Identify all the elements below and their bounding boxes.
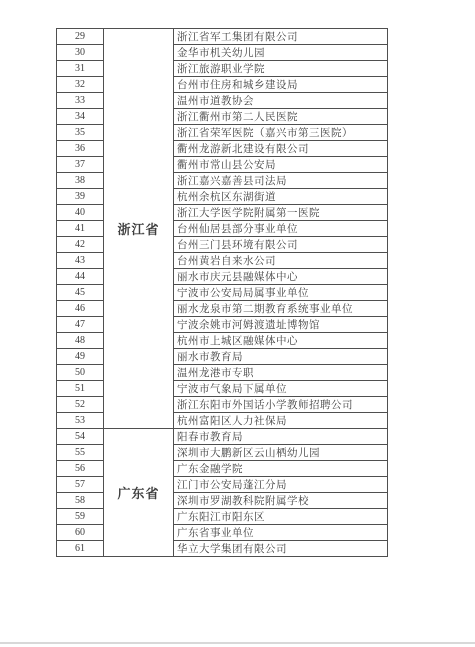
organization-name-cell: 浙江东阳市外国话小学教师招聘公司 <box>174 397 388 413</box>
organization-name-cell: 杭州余杭区东湖街道 <box>174 189 388 205</box>
organization-name-cell: 衢州市常山县公安局 <box>174 157 388 173</box>
organization-name-cell: 浙江嘉兴嘉善县司法局 <box>174 173 388 189</box>
row-number-cell: 44 <box>57 269 104 285</box>
row-number-cell: 49 <box>57 349 104 365</box>
organization-name-cell: 宁波市公安局局属事业单位 <box>174 285 388 301</box>
organization-name-cell: 广东阳江市阳东区 <box>174 509 388 525</box>
roster-body: 29浙江省浙江省军工集团有限公司30金华市机关幼儿园31浙江旅游职业学院32台州… <box>57 29 388 557</box>
page-bottom-divider <box>0 642 475 644</box>
organization-name-cell: 华立大学集团有限公司 <box>174 541 388 557</box>
row-number-cell: 52 <box>57 397 104 413</box>
organization-name-cell: 金华市机关幼儿园 <box>174 45 388 61</box>
row-number-cell: 29 <box>57 29 104 45</box>
organization-name-cell: 丽水市教育局 <box>174 349 388 365</box>
organization-name-cell: 广东金融学院 <box>174 461 388 477</box>
province-cell: 浙江省 <box>104 29 174 429</box>
row-number-cell: 40 <box>57 205 104 221</box>
row-number-cell: 36 <box>57 141 104 157</box>
organization-name-cell: 衢州龙游新北建设有限公司 <box>174 141 388 157</box>
row-number-cell: 55 <box>57 445 104 461</box>
row-number-cell: 33 <box>57 93 104 109</box>
organization-name-cell: 温州龙港市专职 <box>174 365 388 381</box>
row-number-cell: 45 <box>57 285 104 301</box>
organization-name-cell: 温州市道教协会 <box>174 93 388 109</box>
row-number-cell: 34 <box>57 109 104 125</box>
organization-name-cell: 台州仙居县部分事业单位 <box>174 221 388 237</box>
row-number-cell: 37 <box>57 157 104 173</box>
row-number-cell: 56 <box>57 461 104 477</box>
organization-name-cell: 江门市公安局蓬江分局 <box>174 477 388 493</box>
table-row: 29浙江省浙江省军工集团有限公司 <box>57 29 388 45</box>
row-number-cell: 57 <box>57 477 104 493</box>
row-number-cell: 31 <box>57 61 104 77</box>
province-cell: 广东省 <box>104 429 174 557</box>
organization-name-cell: 深圳市罗湖教科院附属学校 <box>174 493 388 509</box>
organization-name-cell: 台州市住房和城乡建设局 <box>174 77 388 93</box>
organization-name-cell: 广东省事业单位 <box>174 525 388 541</box>
organization-name-cell: 台州黄岩自来水公司 <box>174 253 388 269</box>
row-number-cell: 53 <box>57 413 104 429</box>
organization-name-cell: 丽水龙泉市第二期教育系统事业单位 <box>174 301 388 317</box>
row-number-cell: 50 <box>57 365 104 381</box>
organization-name-cell: 阳春市教育局 <box>174 429 388 445</box>
row-number-cell: 61 <box>57 541 104 557</box>
row-number-cell: 43 <box>57 253 104 269</box>
row-number-cell: 58 <box>57 493 104 509</box>
organization-name-cell: 宁波余姚市河姆渡遗址博物馆 <box>174 317 388 333</box>
organization-name-cell: 浙江省荣军医院（嘉兴市第三医院） <box>174 125 388 141</box>
row-number-cell: 47 <box>57 317 104 333</box>
row-number-cell: 38 <box>57 173 104 189</box>
organization-name-cell: 台州三门县环境有限公司 <box>174 237 388 253</box>
row-number-cell: 51 <box>57 381 104 397</box>
organization-name-cell: 浙江大学医学院附属第一医院 <box>174 205 388 221</box>
organization-name-cell: 浙江衢州市第二人民医院 <box>174 109 388 125</box>
row-number-cell: 41 <box>57 221 104 237</box>
row-number-cell: 54 <box>57 429 104 445</box>
table-row: 54广东省阳春市教育局 <box>57 429 388 445</box>
row-number-cell: 30 <box>57 45 104 61</box>
row-number-cell: 42 <box>57 237 104 253</box>
row-number-cell: 46 <box>57 301 104 317</box>
row-number-cell: 32 <box>57 77 104 93</box>
row-number-cell: 60 <box>57 525 104 541</box>
row-number-cell: 39 <box>57 189 104 205</box>
organization-name-cell: 宁波市气象局下属单位 <box>174 381 388 397</box>
organization-name-cell: 浙江省军工集团有限公司 <box>174 29 388 45</box>
organization-name-cell: 杭州市上城区融媒体中心 <box>174 333 388 349</box>
organization-name-cell: 丽水市庆元县融媒体中心 <box>174 269 388 285</box>
organization-roster-table: 29浙江省浙江省军工集团有限公司30金华市机关幼儿园31浙江旅游职业学院32台州… <box>56 28 388 557</box>
row-number-cell: 48 <box>57 333 104 349</box>
organization-name-cell: 杭州富阳区人力社保局 <box>174 413 388 429</box>
row-number-cell: 59 <box>57 509 104 525</box>
organization-name-cell: 浙江旅游职业学院 <box>174 61 388 77</box>
row-number-cell: 35 <box>57 125 104 141</box>
document-page: 29浙江省浙江省军工集团有限公司30金华市机关幼儿园31浙江旅游职业学院32台州… <box>0 0 475 647</box>
organization-name-cell: 深圳市大鹏新区云山栖幼儿园 <box>174 445 388 461</box>
